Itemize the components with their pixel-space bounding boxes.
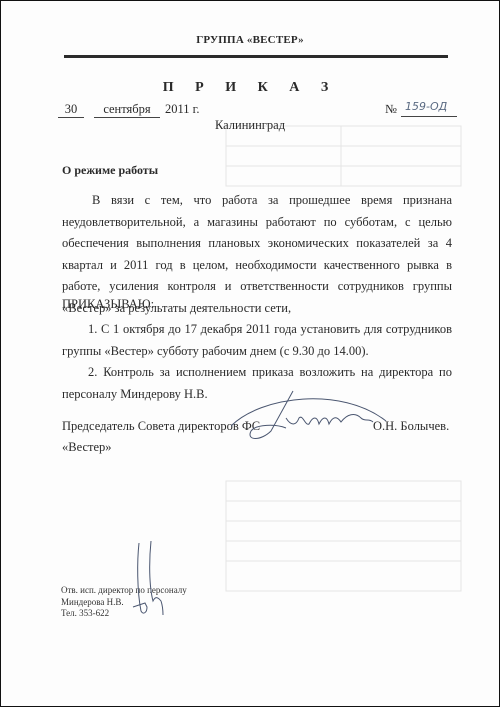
document-page: ГРУППА «ВЕСТЕР» П Р И К А З 30 сентября … [0,0,500,707]
organization-name: ГРУППА «ВЕСТЕР» [1,34,499,46]
date-year: 2011 г. [165,102,200,117]
date-month: сентября [94,102,160,118]
city: Калининград [1,118,499,133]
order-keyword: ПРИКАЗЫВАЮ: [62,297,154,312]
handwritten-visa-icon [129,541,179,621]
order-number-handwritten: 159-ОД [401,99,457,117]
order-item-text: 1. С 1 октября до 17 декабря 2011 года у… [62,322,452,358]
order-item-1: 1. С 1 октября до 17 декабря 2011 года у… [62,319,452,362]
document-title: П Р И К А З [1,80,499,96]
date-day: 30 [58,102,84,118]
handwritten-signature-icon [231,386,391,456]
signatory-role-org: «Вестер» [62,440,112,455]
order-subject: О режиме работы [62,163,158,178]
header-divider [64,55,448,58]
order-number-label: № [385,102,397,117]
